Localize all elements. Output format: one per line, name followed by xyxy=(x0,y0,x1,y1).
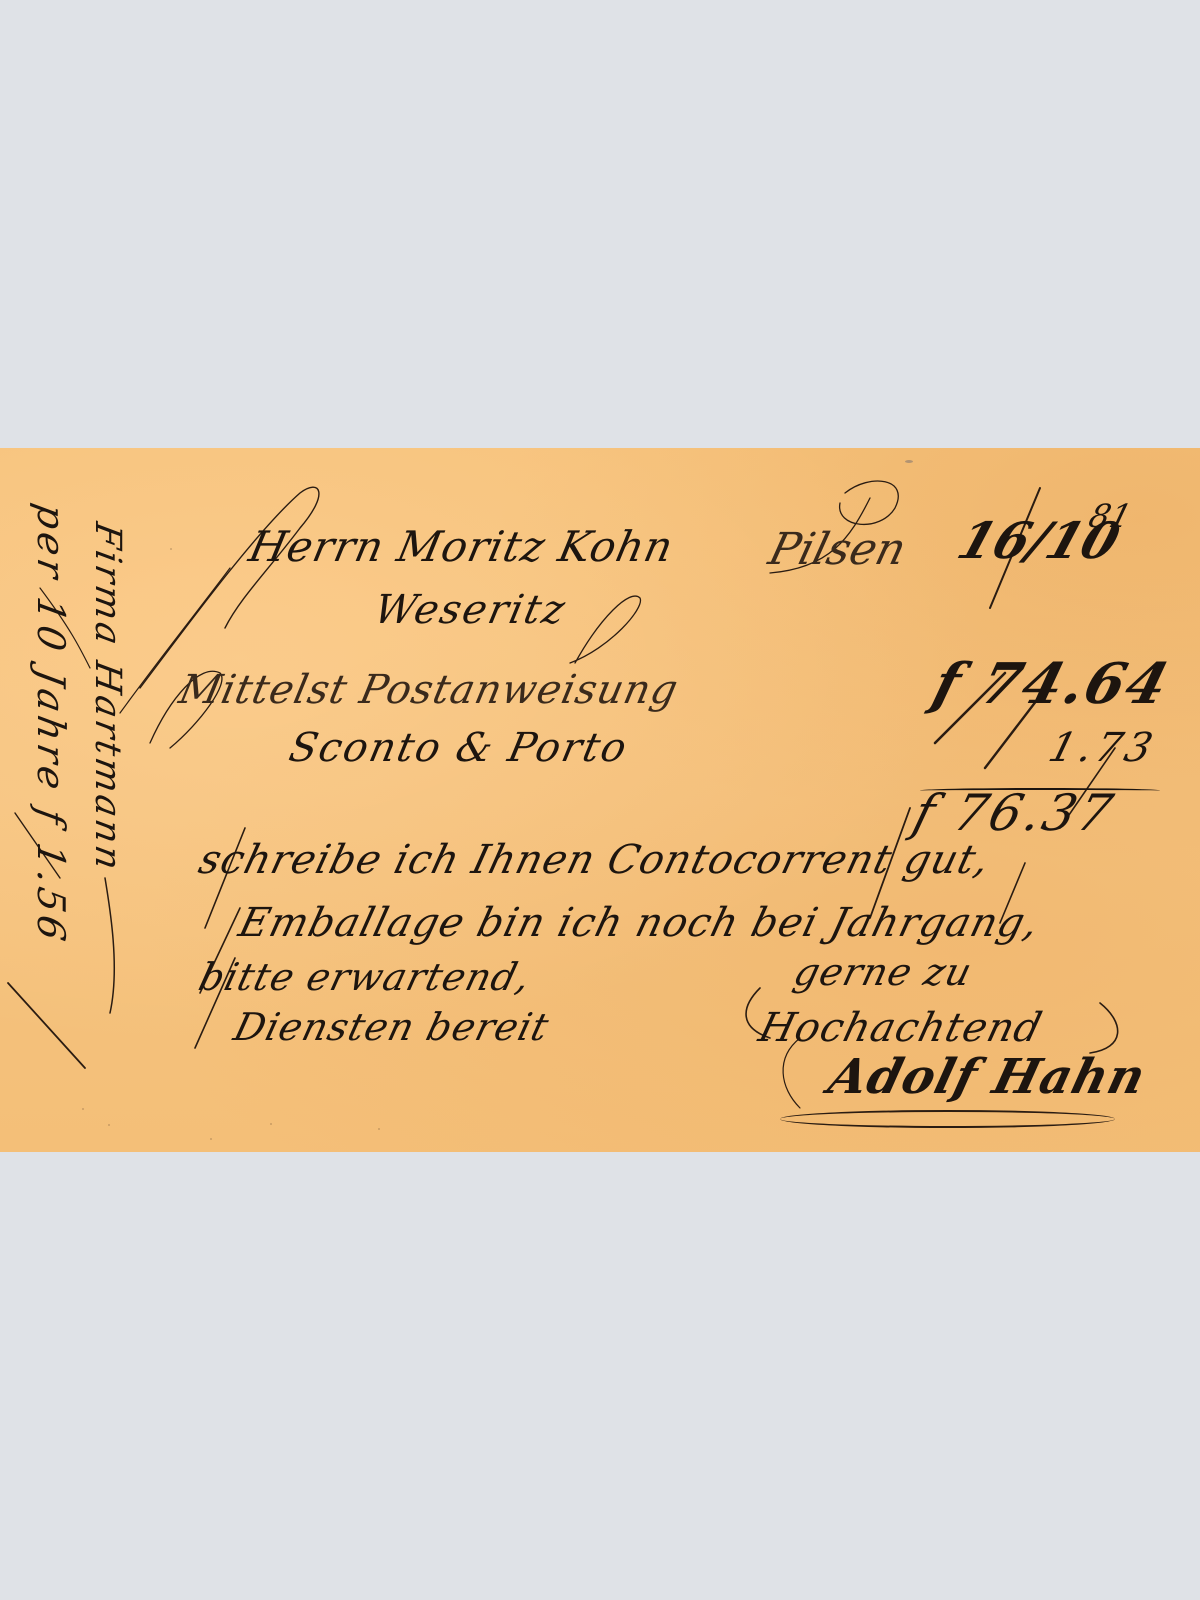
recipient-name: Herrn Moritz Kohn xyxy=(246,526,678,568)
paper-speck xyxy=(170,548,172,550)
body-line: schreibe ich Ihnen Contocorrent gut, xyxy=(195,840,994,880)
signature: Adolf Hahn xyxy=(824,1053,1151,1101)
paper-speck xyxy=(210,1138,212,1140)
page-background: Firma Hartmann per 10 Jahre f 1.56 Herrn… xyxy=(0,0,1200,1600)
body-line: gerne zu xyxy=(790,953,976,991)
body-line: Diensten bereit xyxy=(230,1008,553,1046)
side-note-line2: per 10 Jahre f 1.56 xyxy=(32,501,70,947)
side-note-line1: Firma Hartmann xyxy=(89,520,125,876)
postcard: Firma Hartmann per 10 Jahre f 1.56 Herrn… xyxy=(0,448,1200,1152)
paper-speck xyxy=(82,1108,84,1110)
paper-speck xyxy=(270,1123,272,1125)
signature-underline xyxy=(780,1110,1115,1128)
body-line: Emballage bin ich noch bei Jahrgang, xyxy=(235,903,1043,943)
ledger-item-amount: f 74.64 xyxy=(927,656,1175,712)
ledger-total: f 76.37 xyxy=(908,788,1120,838)
ledger-item-label: Mittelst Postanweisung xyxy=(176,670,682,710)
ledger-item-amount: 1.73 xyxy=(1045,728,1161,768)
paper-speck xyxy=(378,1128,380,1130)
body-line: bitte erwartend, xyxy=(195,958,535,996)
dateline-place: Pilsen xyxy=(765,528,911,572)
paper-speck xyxy=(905,460,913,463)
dateline-year: 81 xyxy=(1086,500,1135,532)
paper-speck xyxy=(108,1124,110,1126)
recipient-town: Weseritz xyxy=(371,590,570,630)
ledger-item-label: Sconto & Porto xyxy=(286,728,632,768)
closing-salutation: Hochachtend xyxy=(755,1008,1046,1048)
